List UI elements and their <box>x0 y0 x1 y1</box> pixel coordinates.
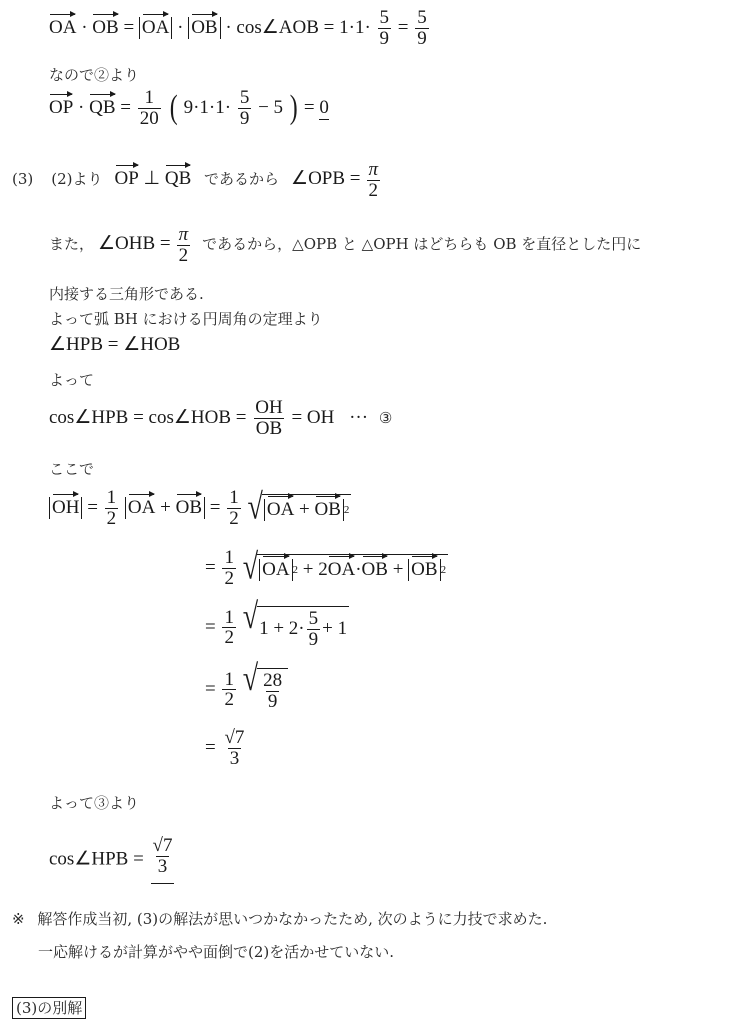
minus-5: − 5 <box>258 97 283 118</box>
sum-prefix: 1 + 2· <box>259 618 305 640</box>
denominator: 2 <box>227 508 241 529</box>
angle-opb: ∠OPB = <box>291 168 360 189</box>
right-paren: ) <box>289 91 297 125</box>
oh-step-5: = √73 <box>205 728 248 769</box>
numerator: 5 <box>307 609 321 629</box>
numerator: 1 <box>222 608 236 628</box>
sqrt: √ OA2 + 2OA · OB + OB2 <box>243 554 448 582</box>
plus: + <box>303 559 314 581</box>
radical-icon: √ <box>247 490 262 526</box>
reference-mark-icon: ※ <box>12 910 25 928</box>
text-inscribed: 内接する三角形である. <box>49 283 204 304</box>
boxed-heading: (3)の別解 <box>12 997 86 1019</box>
final-answer: cos∠HPB = √73 <box>49 836 176 884</box>
equals: = <box>205 737 216 758</box>
note-line-1: ※ 解答作成当初, (3)の解法が思いつかなかったため, 次のように力技で求めた… <box>12 908 547 929</box>
equals: = <box>120 97 131 118</box>
fraction-5-9: 59 <box>238 88 252 129</box>
fraction-1-20: 120 <box>138 88 161 129</box>
numerator: 5 <box>378 8 392 28</box>
sqrt: √ 1 + 2· 59 + 1 <box>243 606 349 650</box>
vector-ob: OB <box>411 559 437 581</box>
sum-suffix: + 1 <box>322 618 347 640</box>
denominator: 3 <box>156 856 170 877</box>
fraction-pi-2: π2 <box>177 225 191 266</box>
abs-ob: OB <box>188 17 220 39</box>
denominator: 2 <box>105 508 119 529</box>
vector-op: OP <box>115 168 139 190</box>
denominator: 9 <box>266 691 280 712</box>
note-line-2: 一応解けるが計算がやや面倒で(2)を活かせていない. <box>38 941 394 962</box>
text-arc-theorem: よって弧 BH における円周角の定理より <box>49 308 323 329</box>
denominator: 9 <box>378 28 392 49</box>
text-yotte: よって <box>49 369 94 390</box>
alt-solution-heading: (3)の別解 <box>12 997 86 1018</box>
exponent: 2 <box>293 564 299 576</box>
numerator: √7 <box>151 836 175 856</box>
equals: = <box>87 497 98 518</box>
denominator: 9 <box>307 629 321 650</box>
denominator: OB <box>254 418 284 439</box>
text-mata: また， <box>49 235 94 253</box>
cos-expression: cos∠HPB = cos∠HOB = <box>49 407 246 428</box>
equation-oa-dot-ob: OA · OB = OA · OB · cos∠AOB = 1·1· 59 = … <box>49 8 431 49</box>
denominator: 3 <box>228 748 242 769</box>
equals: = <box>123 17 134 38</box>
numerator: 1 <box>143 88 157 108</box>
exponent: 2 <box>344 504 350 516</box>
text-kokode: ここで <box>49 458 94 479</box>
equals: = <box>205 678 216 699</box>
vector-ob: OB <box>362 559 388 581</box>
text-circle-statement: であるから，△OPB と △OPH はどちらも OB を直径とした円に <box>202 235 641 253</box>
numerator: OH <box>253 398 284 418</box>
perp-expression: OP ⊥ QB <box>115 168 197 189</box>
equals-oh: = OH <box>291 407 334 428</box>
denominator: 2 <box>222 568 236 589</box>
numerator: π <box>177 225 191 245</box>
denominator: 9 <box>238 108 252 129</box>
perp-symbol: ⊥ <box>144 168 161 189</box>
numerator: 1 <box>227 488 241 508</box>
equation-angles: ∠HPB = ∠HOB <box>49 333 180 356</box>
text-because: であるから <box>204 170 279 188</box>
fraction-5-9: 59 <box>415 8 429 49</box>
denominator: 2 <box>367 180 381 201</box>
vector-qb: QB <box>89 97 115 119</box>
oh-step-2: = 12 √ OA2 + 2OA · OB + OB2 <box>205 548 448 589</box>
vector-oa: OA <box>142 17 169 39</box>
text-intro: (2)より <box>51 170 102 188</box>
part-label: (3) <box>12 170 33 188</box>
fraction-1-2: 12 <box>105 488 119 529</box>
text-nanode: なので②より <box>49 64 139 85</box>
oh-step-4: = 12 √ 289 <box>205 668 288 712</box>
radical-icon: √ <box>243 550 258 586</box>
exponent: 2 <box>441 564 447 576</box>
vector-oa: OA <box>267 499 294 521</box>
vector-oa: OA <box>49 17 76 39</box>
fraction-1-2: 12 <box>222 608 236 649</box>
vector-oa: OA <box>262 559 289 581</box>
denominator: 2 <box>222 627 236 648</box>
text-yotte-3: よって③より <box>49 792 139 813</box>
abs-oh: OH <box>49 497 82 519</box>
equals: = <box>205 616 216 637</box>
part3-line: (3) (2)より OP ⊥ QB であるから ∠OPB = π2 <box>12 160 382 201</box>
dot-operator: · <box>81 17 87 38</box>
numerator: 1 <box>105 488 119 508</box>
left-paren: ( <box>169 91 177 125</box>
vector-oh: OH <box>52 497 79 519</box>
radical-icon: √ <box>243 661 258 718</box>
vector-oa: OA <box>328 559 355 581</box>
numerator: √7 <box>222 728 246 748</box>
product: = 1·1· <box>324 17 371 38</box>
equals: = <box>210 497 221 518</box>
fraction-oh-ob: OHOB <box>253 398 284 439</box>
vector-ob: OB <box>315 499 341 521</box>
plus: + <box>299 499 310 520</box>
vector-qb: QB <box>165 168 191 190</box>
vector-ob: OB <box>176 497 202 519</box>
inner-product: 9·1·1· <box>184 97 231 118</box>
sqrt: √OA + OB2 <box>247 494 351 522</box>
fraction-1-2: 12 <box>222 670 236 711</box>
result-zero: 0 <box>319 97 329 120</box>
dot-operator: · <box>78 97 84 118</box>
equals: = <box>398 17 409 38</box>
oh-step-1: OH = 12 OA + OB = 12 √OA + OB2 <box>49 488 351 529</box>
fraction-sqrt7-3: √73 <box>222 728 246 769</box>
denominator: 20 <box>138 108 161 129</box>
vector-oa: OA <box>128 497 155 519</box>
fraction-5-9: 59 <box>378 8 392 49</box>
dot-operator: · <box>177 17 183 38</box>
sqrt: √ 289 <box>243 668 288 712</box>
numerator: 1 <box>222 548 236 568</box>
plus: + <box>160 497 171 518</box>
vector-ob: OB <box>191 17 217 39</box>
denominator: 2 <box>222 689 236 710</box>
equation-marker-3: ③ <box>379 409 392 427</box>
radical-icon: √ <box>243 599 258 656</box>
numerator: π <box>367 160 381 180</box>
note-text: 解答作成当初, (3)の解法が思いつかなかったため, 次のように力技で求めた. <box>37 910 547 928</box>
equals: = <box>205 557 216 578</box>
fraction-pi-2: π2 <box>367 160 381 201</box>
numerator: 5 <box>238 88 252 108</box>
cos-aob: · cos∠AOB <box>225 17 319 38</box>
fraction-1-2: 12 <box>227 488 241 529</box>
abs-oa-plus-ob: OA + OB <box>125 497 205 519</box>
numerator: 5 <box>415 8 429 28</box>
numerator: 28 <box>261 671 284 691</box>
fraction-sqrt7-3: √73 <box>151 836 175 884</box>
cos-hpb: cos∠HPB = <box>49 848 144 869</box>
equation-op-dot-qb: OP · QB = 120 ( 9·1·1· 59 − 5 ) = 0 <box>49 88 329 129</box>
plus: + <box>393 559 404 581</box>
equation-cos-hpb: cos∠HPB = cos∠HOB = OHOB = OH ··· ③ <box>49 398 392 439</box>
oh-step-3: = 12 √ 1 + 2· 59 + 1 <box>205 606 349 650</box>
coefficient: 2 <box>318 559 328 581</box>
abs-oa: OA <box>139 17 172 39</box>
denominator: 9 <box>415 28 429 49</box>
vector-ob: OB <box>92 17 118 39</box>
numerator: 1 <box>222 670 236 690</box>
vector-op: OP <box>49 97 73 119</box>
angle-ohb: ∠OHB = <box>98 233 171 254</box>
fraction-1-2: 12 <box>222 548 236 589</box>
equals: = <box>304 97 315 118</box>
denominator: 2 <box>177 245 191 266</box>
line-mata: また， ∠OHB = π2 であるから，△OPB と △OPH はどちらも OB… <box>49 225 641 266</box>
ellipsis: ··· <box>349 407 368 428</box>
